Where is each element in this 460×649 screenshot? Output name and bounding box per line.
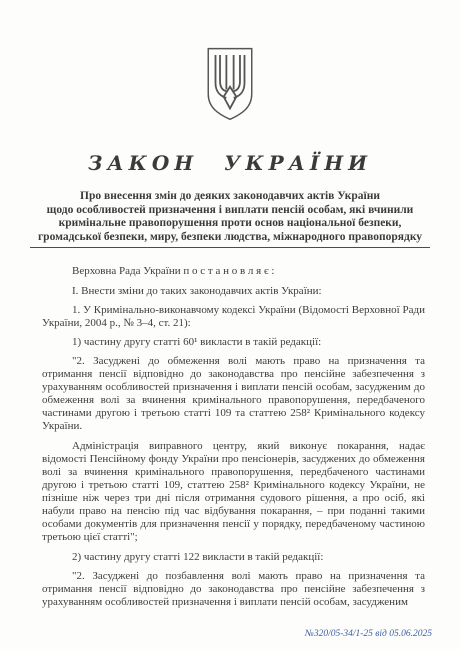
body-paragraph: Адміністрація виправного центру, який ви…: [42, 440, 425, 544]
body-paragraph: 1) частину другу статті 60¹ викласти в т…: [42, 336, 425, 349]
law-subtitle-line: кримінальне правопорушення проти основ н…: [30, 217, 430, 231]
law-title: ЗАКОН УКРАЇНИ: [0, 151, 460, 175]
body-paragraph: 2) частину другу статті 122 викласти в т…: [42, 551, 425, 564]
emblem-container: [0, 0, 460, 129]
registration-number: №320/05-34/1-25 від 05.06.2025: [305, 629, 432, 639]
body-paragraph: "2. Засуджені до позбавлення волі мають …: [42, 570, 425, 609]
body-paragraph: "2. Засуджені до обмеження волі мають пр…: [42, 355, 425, 433]
body-paragraph: І. Внести зміни до таких законодавчих ак…: [42, 285, 425, 298]
body-paragraph: 1. У Кримінально-виконавчому кодексі Укр…: [42, 304, 425, 330]
document-body: Верховна Рада України п о с т а н о в л …: [42, 265, 425, 609]
law-subtitle: Про внесення змін до деяких законодавчих…: [30, 190, 430, 248]
document-page: ЗАКОН УКРАЇНИ Про внесення змін до деяки…: [0, 0, 460, 649]
law-subtitle-line: Про внесення змін до деяких законодавчих…: [30, 190, 430, 204]
enacting-clause: Верховна Рада України п о с т а н о в л …: [42, 265, 425, 278]
law-subtitle-line: щодо особливостей призначення і виплати …: [30, 204, 430, 218]
ukraine-trident-emblem-icon: [201, 44, 259, 124]
law-subtitle-line: громадської безпеки, миру, безпеки людст…: [30, 231, 430, 245]
